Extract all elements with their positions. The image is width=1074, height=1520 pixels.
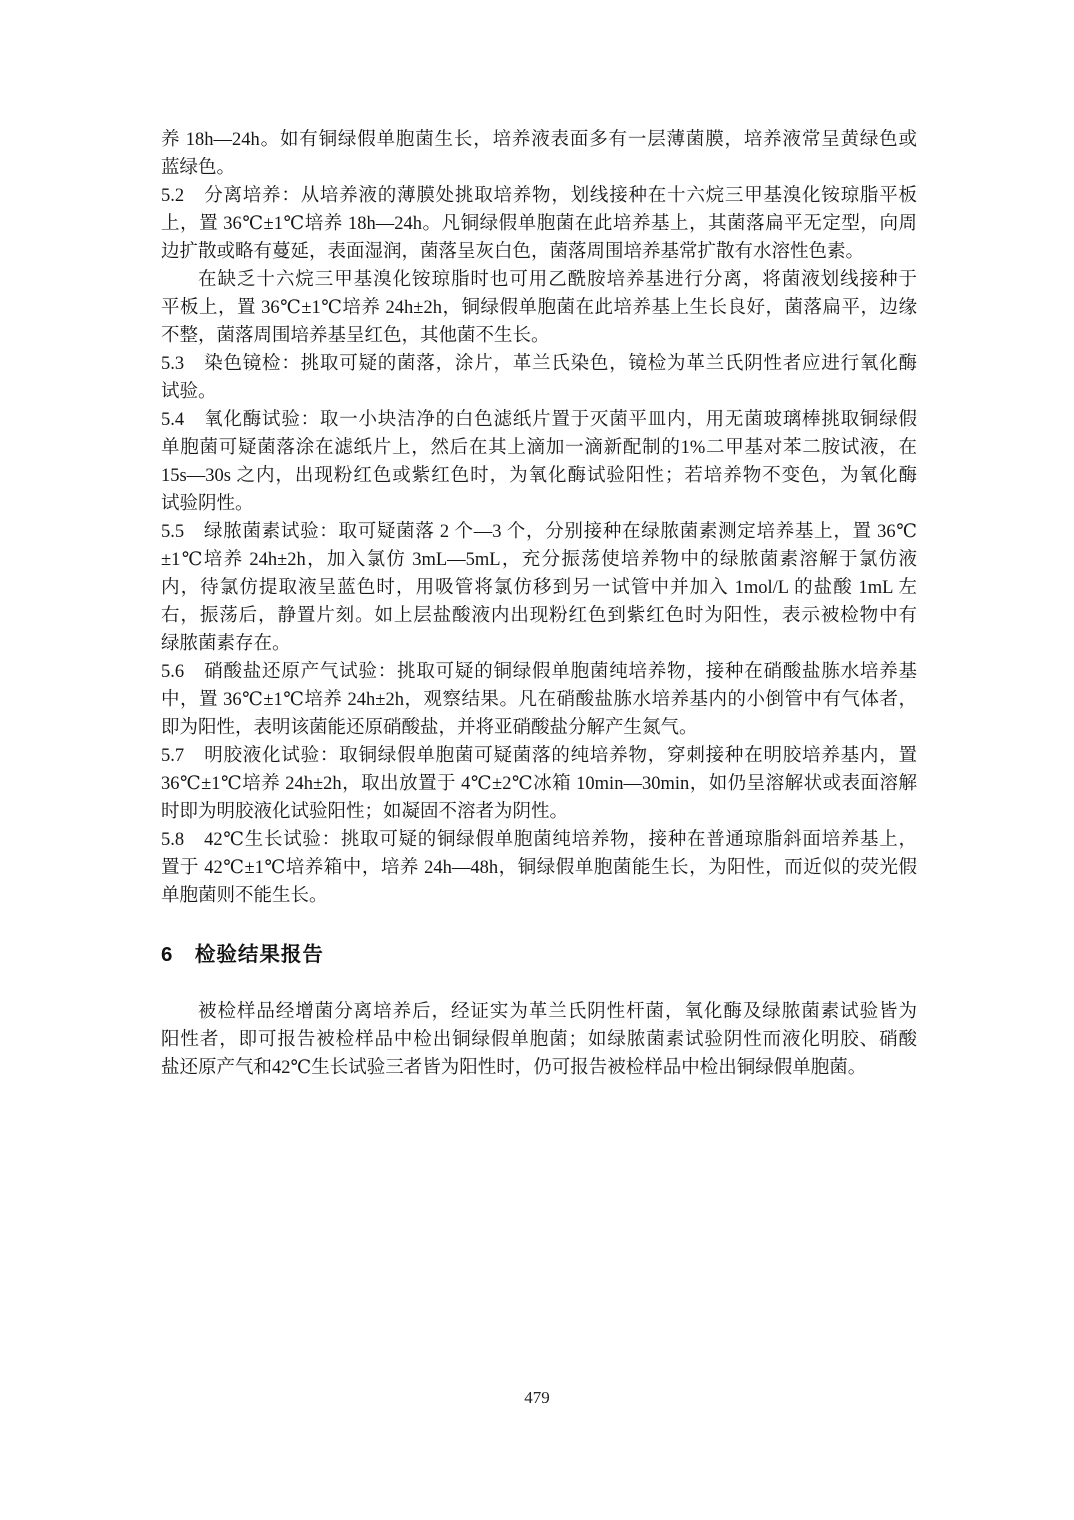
text-line: 中，置 36℃±1℃培养 24h±2h，观察结果。凡在硝酸盐胨水培养基内的小倒管…: [161, 686, 917, 714]
text-line: 即为阳性，表明该菌能还原硝酸盐，并将亚硝酸盐分解产生氮气。: [161, 714, 917, 742]
text-line: 蓝绿色。: [161, 154, 917, 182]
text-line-section-5-8: 5.8 42℃生长试验：挑取可疑的铜绿假单胞菌纯培养物，接种在普通琼脂斜面培养基…: [161, 826, 917, 854]
text-line: 平板上，置 36℃±1℃培养 24h±2h，铜绿假单胞菌在此培养基上生长良好，菌…: [161, 294, 917, 322]
text-line: 边扩散或略有蔓延，表面湿润，菌落呈灰白色，菌落周围培养基常扩散有水溶性色素。: [161, 238, 917, 266]
text-line: 时即为明胶液化试验阳性；如凝固不溶者为阴性。: [161, 798, 917, 826]
text-line-section-5-7: 5.7 明胶液化试验：取铜绿假单胞菌可疑菌落的纯培养物，穿刺接种在明胶培养基内，…: [161, 742, 917, 770]
text-line: 15s—30s 之内，出现粉红色或紫红色时，为氧化酶试验阳性；若培养物不变色，为…: [161, 462, 917, 490]
result-paragraph: 被检样品经增菌分离培养后，经证实为革兰氏阴性杆菌，氧化酶及绿脓菌素试验皆为 阳性…: [161, 998, 917, 1082]
text-line: 绿脓菌素存在。: [161, 630, 917, 658]
text-line: 右，振荡后，静置片刻。如上层盐酸液内出现粉红色到紫红色时为阳性，表示被检物中有: [161, 602, 917, 630]
text-line: 上，置 36℃±1℃培养 18h—24h。凡铜绿假单胞菌在此培养基上，其菌落扁平…: [161, 210, 917, 238]
text-line-section-5-5: 5.5 绿脓菌素试验：取可疑菌落 2 个—3 个，分别接种在绿脓菌素测定培养基上…: [161, 518, 917, 546]
text-line: 单胞菌则不能生长。: [161, 882, 917, 910]
text-line: 内，待氯仿提取液呈蓝色时，用吸管将氯仿移到另一试管中并加入 1mol/L 的盐酸…: [161, 574, 917, 602]
text-line: 36℃±1℃培养 24h±2h，取出放置于 4℃±2℃冰箱 10min—30mi…: [161, 770, 917, 798]
text-line: 阳性者，即可报告被检样品中检出铜绿假单胞菌；如绿脓菌素试验阴性而液化明胶、硝酸: [161, 1026, 917, 1054]
page-number: 479: [0, 1386, 1074, 1410]
section-6-heading: 6 检验结果报告: [161, 941, 917, 969]
text-line: 试验阴性。: [161, 490, 917, 518]
text-line: ±1℃培养 24h±2h，加入氯仿 3mL—5mL，充分振荡使培养物中的绿脓菌素…: [161, 546, 917, 574]
text-line-section-5-4: 5.4 氧化酶试验：取一小块洁净的白色滤纸片置于灭菌平皿内，用无菌玻璃棒挑取铜绿…: [161, 406, 917, 434]
text-line: 被检样品经增菌分离培养后，经证实为革兰氏阴性杆菌，氧化酶及绿脓菌素试验皆为: [161, 998, 917, 1026]
text-line: 单胞菌可疑菌落涂在滤纸片上，然后在其上滴加一滴新配制的1%二甲基对苯二胺试液，在: [161, 434, 917, 462]
text-line-section-5-3: 5.3 染色镜检：挑取可疑的菌落，涂片，革兰氏染色，镜检为革兰氏阴性者应进行氧化…: [161, 350, 917, 378]
text-line-section-5-2: 5.2 分离培养：从培养液的薄膜处挑取培养物，划线接种在十六烷三甲基溴化铵琼脂平…: [161, 182, 917, 210]
text-line-section-5-6: 5.6 硝酸盐还原产气试验：挑取可疑的铜绿假单胞菌纯培养物，接种在硝酸盐胨水培养…: [161, 658, 917, 686]
document-body: 养 18h—24h。如有铜绿假单胞菌生长，培养液表面多有一层薄菌膜，培养液常呈黄…: [161, 126, 917, 1082]
text-line: 盐还原产气和42℃生长试验三者皆为阳性时，仍可报告被检样品中检出铜绿假单胞菌。: [161, 1054, 917, 1082]
text-line: 试验。: [161, 378, 917, 406]
document-page: 养 18h—24h。如有铜绿假单胞菌生长，培养液表面多有一层薄菌膜，培养液常呈黄…: [0, 0, 1074, 1520]
text-line: 置于 42℃±1℃培养箱中，培养 24h—48h，铜绿假单胞菌能生长，为阳性，而…: [161, 854, 917, 882]
text-line: 不整，菌落周围培养基呈红色，其他菌不生长。: [161, 322, 917, 350]
text-line: 养 18h—24h。如有铜绿假单胞菌生长，培养液表面多有一层薄菌膜，培养液常呈黄…: [161, 126, 917, 154]
text-line: 在缺乏十六烷三甲基溴化铵琼脂时也可用乙酰胺培养基进行分离，将菌液划线接种于: [161, 266, 917, 294]
